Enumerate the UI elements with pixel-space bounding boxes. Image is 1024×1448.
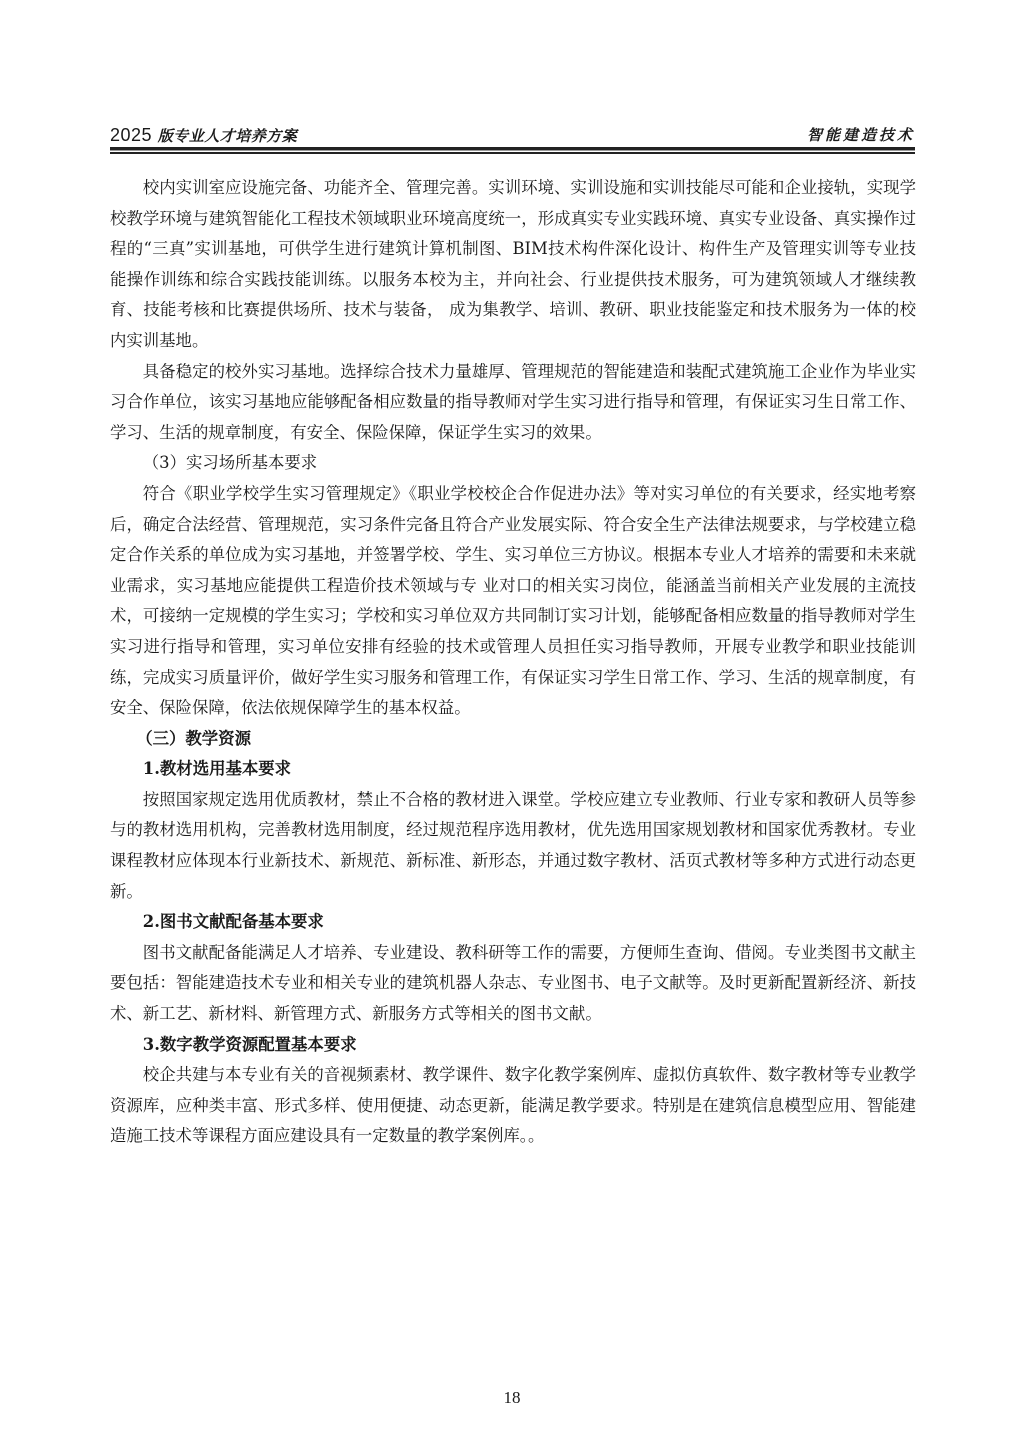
paragraph-internship-requirements: 符合《职业学校学生实习管理规定》《职业学校校企合作促进办法》等对实习单位的有关要… [110, 479, 916, 724]
heading-digital-resources: 3.数字教学资源配置基本要求 [110, 1030, 916, 1061]
document-body: 校内实训室应设施完备、功能齐全、管理完善。实训环境、实训设施和实训技能尽可能和企… [110, 173, 916, 1152]
heading-textbook-selection: 1.教材选用基本要求 [110, 754, 916, 785]
document-title-text: 版专业人才培养方案 [152, 127, 297, 145]
document-title: 2025 版专业人才培养方案 [110, 124, 297, 147]
major-name: 智能建造技术 [807, 124, 915, 146]
paragraph-training-room: 校内实训室应设施完备、功能齐全、管理完善。实训环境、实训设施和实训技能尽可能和企… [110, 173, 916, 357]
paragraph-library-resources: 图书文献配备能满足人才培养、专业建设、教科研等工作的需要，方便师生查询、借阅。专… [110, 938, 916, 1030]
paragraph-external-base: 具备稳定的校外实习基地。选择综合技术力量雄厚、管理规范的智能建造和装配式建筑施工… [110, 357, 916, 449]
paragraph-digital-resources: 校企共建与本专业有关的音视频素材、教学课件、数字化教学案例库、虚拟仿真软件、数字… [110, 1060, 916, 1152]
header-divider [110, 147, 915, 155]
page-header: 2025 版专业人才培养方案 智能建造技术 [110, 124, 915, 148]
section-heading-teaching-resources: （三）教学资源 [110, 724, 916, 755]
page-number: 18 [0, 1388, 1024, 1408]
subheading-internship-site: （3）实习场所基本要求 [110, 448, 916, 479]
document-year: 2025 [110, 125, 152, 145]
heading-library-resources: 2.图书文献配备基本要求 [110, 907, 916, 938]
paragraph-textbook-selection: 按照国家规定选用优质教材，禁止不合格的教材进入课堂。学校应建立专业教师、行业专家… [110, 785, 916, 907]
